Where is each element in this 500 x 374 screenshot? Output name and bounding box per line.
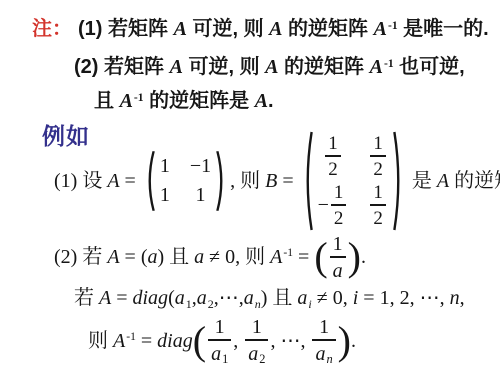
text-run: 是唯一的.: [398, 18, 489, 40]
superscript: -1: [134, 91, 144, 104]
matrix-cell: −12: [318, 183, 349, 228]
numerator: 1: [330, 234, 346, 256]
numerator: 1: [331, 183, 347, 204]
numerator: 1: [370, 134, 386, 155]
math-token: ,⋯,: [214, 287, 244, 309]
matrix-cell: 1: [195, 183, 205, 208]
matrix-cell: 1: [160, 154, 170, 179]
example-line-1: (1) 设 A = 1−111, 则 B = 1212−1212 是 A 的逆矩…: [54, 131, 500, 231]
fraction: 12: [325, 134, 341, 179]
denominator-subscript: 2: [259, 352, 265, 366]
math-sub-group: a2: [197, 287, 214, 309]
math-token: ,: [460, 287, 465, 309]
example-line-2: (2) 若 A = (a) 且 a ≠ 0, 则 A-1 = (1a).: [54, 230, 366, 284]
text-run: 可逆, 则: [187, 18, 269, 40]
denominator: 2: [370, 206, 386, 228]
numerator: 1: [370, 183, 386, 204]
text-run: 是: [407, 169, 437, 194]
math-token: (: [168, 287, 175, 309]
matrix-cell: −1: [190, 154, 211, 179]
math-var: diag: [133, 287, 169, 309]
matrix-grid: 1212−1212: [315, 130, 391, 232]
paren-glyph: (: [193, 324, 206, 358]
math-token: ): [261, 287, 273, 309]
text-run: 的逆矩阵.: [449, 169, 500, 194]
matrix-grid: 1−111: [157, 150, 214, 212]
math-var: A: [255, 90, 268, 112]
denominator: 2: [370, 157, 386, 179]
math-token: ≠ 0,: [204, 245, 245, 270]
math-token: −1: [190, 154, 211, 179]
math-var: A: [265, 56, 278, 78]
denominator: a2: [245, 341, 268, 366]
note-line-2-content: (2) 若矩阵 A 可逆, 则 A 的逆矩阵 A-1 也可逆,: [74, 56, 465, 78]
math-var: B: [265, 169, 277, 194]
math-sub-group: a1: [175, 287, 192, 309]
text-run: 的逆矩阵: [282, 18, 373, 40]
math-token: =: [293, 245, 314, 270]
matrix-paren-left: [144, 150, 155, 212]
math-sup-group: A-1: [120, 90, 144, 112]
math-var: A: [170, 56, 183, 78]
math-token: = (: [120, 245, 148, 270]
numerator: 1: [316, 317, 332, 339]
math-token: −: [318, 193, 329, 218]
math-token: .: [351, 329, 356, 354]
matrix-cell: 12: [323, 134, 343, 179]
math-var: A: [99, 287, 111, 309]
text-run: (2) 若: [54, 245, 107, 270]
denominator: 2: [325, 157, 341, 179]
text-run: (2) 若矩阵: [74, 56, 170, 78]
math-var: A: [107, 245, 119, 270]
math-sup-group: A-1: [370, 56, 394, 78]
matrix-cell: 1: [160, 183, 170, 208]
matrix: 1−111: [144, 150, 227, 212]
matrix-cell: 12: [368, 134, 388, 179]
math-token: = 1, 2, ⋯,: [358, 287, 449, 309]
math-sub-group: an: [244, 287, 261, 309]
note-line-3-content: 且 A-1 的逆矩阵是 A.: [94, 90, 274, 112]
fraction: 1an: [312, 317, 335, 366]
math-token: ,: [230, 169, 240, 194]
note-line-1-content: (1) 若矩阵 A 可逆, 则 A 的逆矩阵 A-1 是唯一的.: [78, 18, 489, 40]
fraction: 1a2: [245, 317, 268, 366]
math-token: =: [111, 287, 132, 309]
matrix-cell: 12: [368, 183, 388, 228]
text-run: 的逆矩阵: [278, 56, 369, 78]
text-run: .: [268, 90, 274, 112]
math-token: =: [120, 169, 141, 194]
example-line-3: 若 A = diag(a1,a2,⋯,an) 且 ai ≠ 0, i = 1, …: [74, 286, 465, 312]
note-line-1: 注：(1) 若矩阵 A 可逆, 则 A 的逆矩阵 A-1 是唯一的.: [32, 17, 489, 42]
math-token: =: [277, 169, 298, 194]
text-run: 且: [272, 287, 297, 309]
denominator: an: [312, 341, 335, 366]
math-var: diag: [157, 329, 193, 354]
math-sup-group: A-1: [113, 329, 136, 354]
denominator: 2: [331, 206, 347, 228]
math-var: a: [194, 245, 204, 270]
numerator: 1: [212, 317, 228, 339]
note-line-3: 且 A-1 的逆矩阵是 A.: [94, 89, 274, 114]
math-token: 1: [160, 154, 170, 179]
paren-glyph: ): [338, 324, 351, 358]
matrix-paren-right: [216, 150, 227, 212]
math-var: A: [107, 169, 119, 194]
math-token: .: [361, 245, 366, 270]
text-run: 且: [169, 245, 194, 270]
math-sub-group: ai: [297, 287, 311, 309]
math-var: A: [174, 18, 187, 40]
superscript: -1: [126, 330, 136, 343]
numerator: 1: [249, 317, 265, 339]
fraction: 12: [370, 134, 386, 179]
math-token: 1: [160, 183, 170, 208]
text-run: (1) 设: [54, 169, 107, 194]
math-token: ,: [192, 287, 197, 309]
math-var: A: [437, 169, 449, 194]
math-token: 1: [195, 183, 205, 208]
math-var: a: [148, 245, 158, 270]
math-sup-group: A-1: [374, 18, 398, 40]
text-run: 也可逆,: [394, 56, 465, 78]
text-run: 若: [74, 287, 99, 309]
math-sup-group: A-1: [270, 245, 293, 270]
math-token: ): [158, 245, 170, 270]
math-token: , ⋯,: [270, 329, 310, 354]
text-run: 的逆矩阵是: [144, 90, 255, 112]
fraction: 12: [331, 183, 347, 228]
math-token: =: [136, 329, 157, 354]
denominator-subscript: n: [326, 352, 332, 366]
matrix-paren-right: [393, 130, 404, 232]
text-run: 则: [245, 245, 270, 270]
fraction: 1a1: [208, 317, 231, 366]
denominator-subscript: 1: [222, 352, 228, 366]
fraction: 12: [370, 183, 386, 228]
matrix: 1212−1212: [302, 130, 404, 232]
text-run: (1) 若矩阵: [78, 18, 174, 40]
slide-page: 注：(1) 若矩阵 A 可逆, 则 A 的逆矩阵 A-1 是唯一的. (2) 若…: [0, 0, 500, 374]
fraction: 1a: [330, 234, 346, 281]
superscript: -1: [384, 57, 394, 70]
denominator: a: [330, 258, 346, 281]
superscript: -1: [283, 246, 293, 259]
superscript: -1: [388, 19, 398, 32]
text-run: 则: [88, 329, 113, 354]
paren-glyph: ): [348, 240, 361, 274]
paren-glyph: (: [314, 240, 327, 274]
note-line-2: (2) 若矩阵 A 可逆, 则 A 的逆矩阵 A-1 也可逆,: [74, 55, 465, 80]
note-label: 注：: [32, 18, 72, 40]
text-run: 且: [94, 90, 120, 112]
denominator: a1: [208, 341, 231, 366]
math-var: n: [450, 287, 460, 309]
numerator: 1: [325, 134, 341, 155]
text-run: 则: [240, 169, 265, 194]
example-line-4: 则 A-1 = diag(1a1, 1a2, ⋯, 1an).: [88, 313, 356, 369]
math-var: A: [269, 18, 282, 40]
matrix-paren-left: [302, 130, 313, 232]
text-run: 可逆, 则: [183, 56, 265, 78]
math-token: ,: [233, 329, 243, 354]
math-token: ≠ 0,: [312, 287, 353, 309]
